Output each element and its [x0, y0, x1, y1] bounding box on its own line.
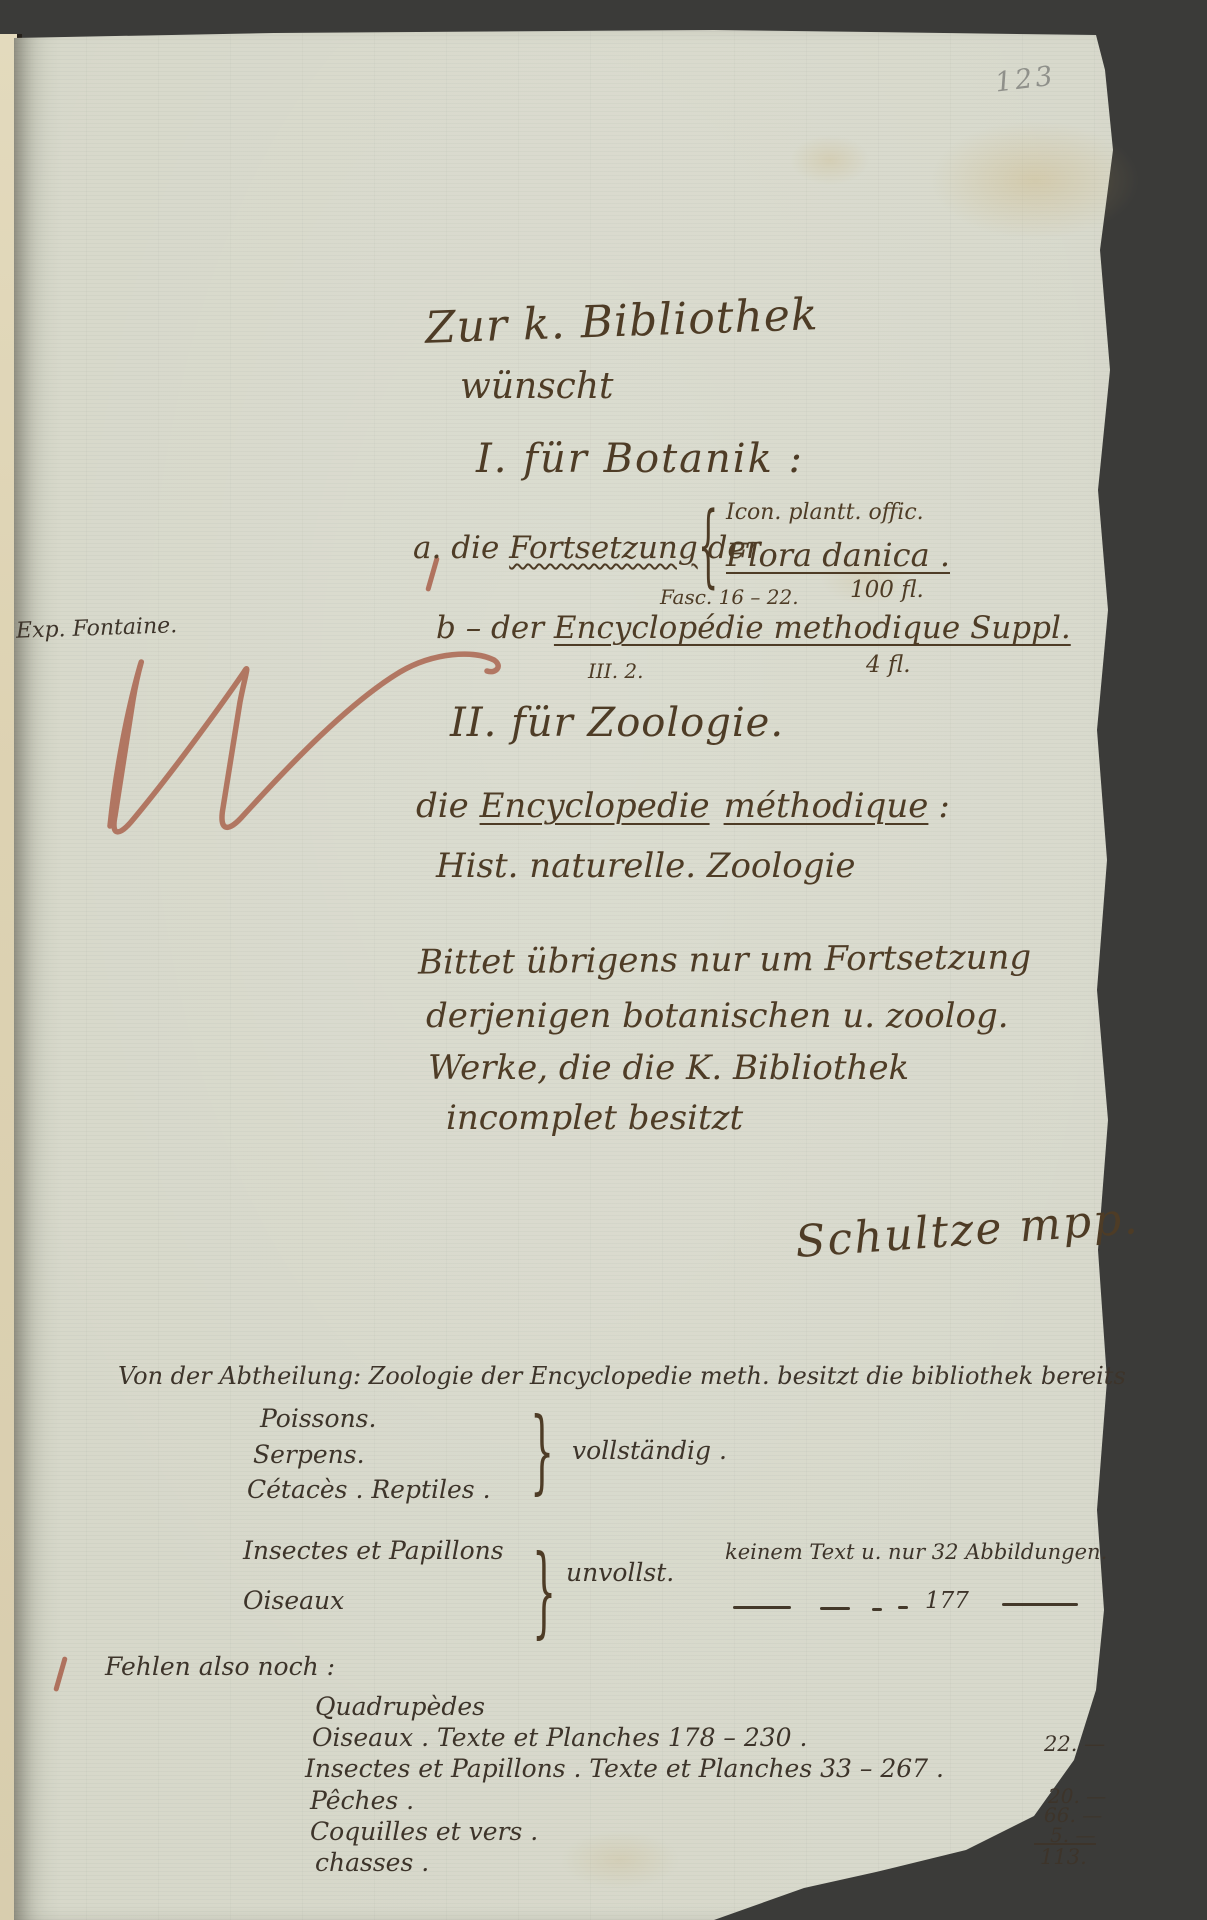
botany-item-a-fascicles: Fasc. 16 – 22. [660, 585, 799, 609]
red-check-mark [53, 1656, 68, 1692]
section-botany-title: I. für Botanik : [476, 436, 804, 482]
page-number: 123 [993, 60, 1057, 98]
dash-rule [872, 1608, 882, 1611]
missing-item: Oiseaux . Texte et Planches 178 – 230 . [312, 1723, 807, 1752]
zoology-work1-underlined: Encyclopedie [480, 786, 710, 826]
annotation-complete-item: Cétacès . Reptiles . [247, 1475, 491, 1504]
botany-item-a-title: Flora danica . [726, 536, 950, 574]
annotation-incomplete-note: keinem Text u. nur 32 Abbildungen. [725, 1540, 1107, 1564]
curly-brace-right: } [532, 1534, 556, 1648]
annotation-incomplete-item: Oiseaux [243, 1586, 344, 1615]
body-line: Bittet übrigens nur um Fortsetzung [418, 937, 1032, 982]
zoology-work2-underlined: méthodique [724, 786, 929, 826]
item-a-prefix: a. die [413, 530, 509, 566]
dash-rule [1002, 1603, 1078, 1606]
dash-rule [898, 1606, 908, 1609]
missing-item: Pêches . [310, 1786, 414, 1815]
missing-price: 22. — [1044, 1732, 1105, 1756]
item-a-work-underlined: Fortsetzung [509, 530, 698, 566]
botany-item-a-price: 100 fl. [850, 577, 924, 603]
missing-item: chasses . [315, 1848, 429, 1877]
curly-brace-right: } [530, 1398, 554, 1504]
botany-item-a: a. die Fortsetzung der [413, 530, 761, 566]
missing-total: 113. [1040, 1845, 1087, 1869]
botany-item-b-price: 4 fl. [866, 652, 911, 678]
botany-item-b-volume: III. 2. [588, 659, 644, 683]
zoology-colon: : [938, 786, 949, 826]
dash-rule [820, 1607, 850, 1610]
missing-header: Fehlen also noch : [105, 1652, 335, 1681]
missing-item: Quadrupèdes [315, 1692, 485, 1721]
zoology-line-prefix: die [416, 786, 480, 826]
zoology-work-line: die Encyclopedieméthodique: [416, 786, 950, 826]
body-line: Werke, die die K. Bibliothek [428, 1048, 909, 1088]
body-line: incomplet besitzt [446, 1098, 743, 1138]
section-zoology-title: II. für Zoologie. [450, 700, 784, 746]
item-b-prefix: b – der [436, 610, 554, 646]
annotation-incomplete-status: unvollst. [566, 1558, 674, 1587]
missing-item: Insectes et Papillons . Texte et Planche… [305, 1754, 944, 1783]
manuscript-text-layer: 123 Exp. Fontaine. Zur k. Bibliothek wün… [0, 0, 1207, 1920]
signature: Schultze mpp. [794, 1193, 1141, 1268]
annotation-incomplete-item: Insectes et Papillons [243, 1536, 504, 1565]
letter-wish: wünscht [460, 366, 613, 407]
annotation-complete-status: vollständig . [572, 1436, 727, 1465]
annotation-header: Von der Abtheilung: Zoologie der Encyclo… [118, 1362, 1126, 1390]
annotation-complete-item: Poissons. [260, 1404, 376, 1433]
dash-rule [733, 1606, 791, 1609]
letter-salutation: Zur k. Bibliothek [424, 289, 819, 354]
missing-item: Coquilles et vers . [310, 1817, 538, 1846]
zoology-subject-line: Hist. naturelle. Zoologie [436, 846, 856, 886]
body-line: derjenigen botanischen u. zoolog. [426, 996, 1009, 1036]
item-b-title-underlined: Encyclopédie methodique Suppl. [554, 610, 1071, 646]
annotation-complete-item: Serpens. [253, 1440, 365, 1469]
botany-icon-note: Icon. plantt. offic. [726, 500, 924, 525]
annotation-incomplete-figure: 177 [925, 1588, 969, 1614]
botany-item-b: b – der Encyclopédie methodique Suppl. [436, 610, 1071, 646]
